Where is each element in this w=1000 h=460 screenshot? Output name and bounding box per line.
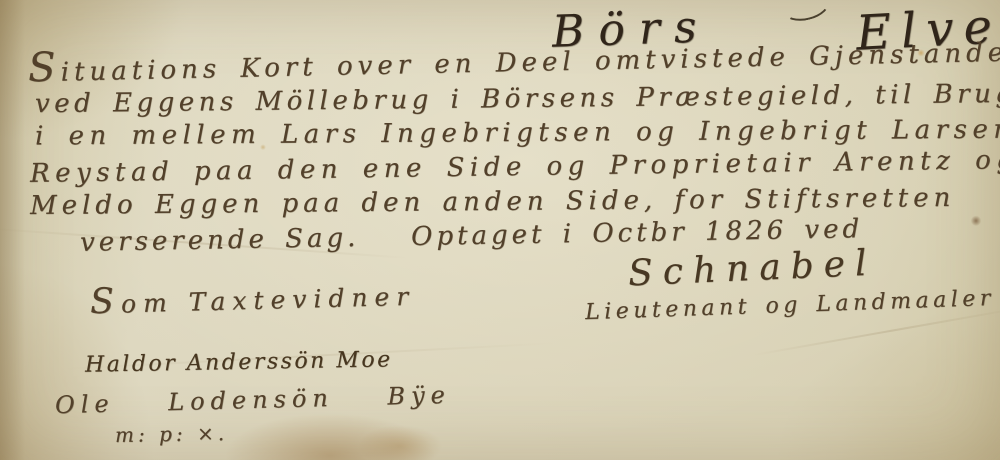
ink-flourish-stroke <box>779 0 832 25</box>
surveyor-signature: Schnabel <box>627 243 877 295</box>
manuscript-line-3: i en mellem Lars Ingebrigtsen og Ingebri… <box>35 115 1000 152</box>
manuscript-scan: Börs Elve Situations Kort over en Deel o… <box>0 0 1000 460</box>
witness-mark-note: m: p: ×. <box>115 421 228 447</box>
witness-signature: Ole Lodensön Bÿe <box>55 381 451 419</box>
witness-signature: Haldor Anderssön Moe <box>85 347 393 377</box>
witness-heading: Som Taxtevidner <box>90 282 416 320</box>
manuscript-line-4: Reystad paa den ene Side og Proprietair … <box>30 145 1000 189</box>
